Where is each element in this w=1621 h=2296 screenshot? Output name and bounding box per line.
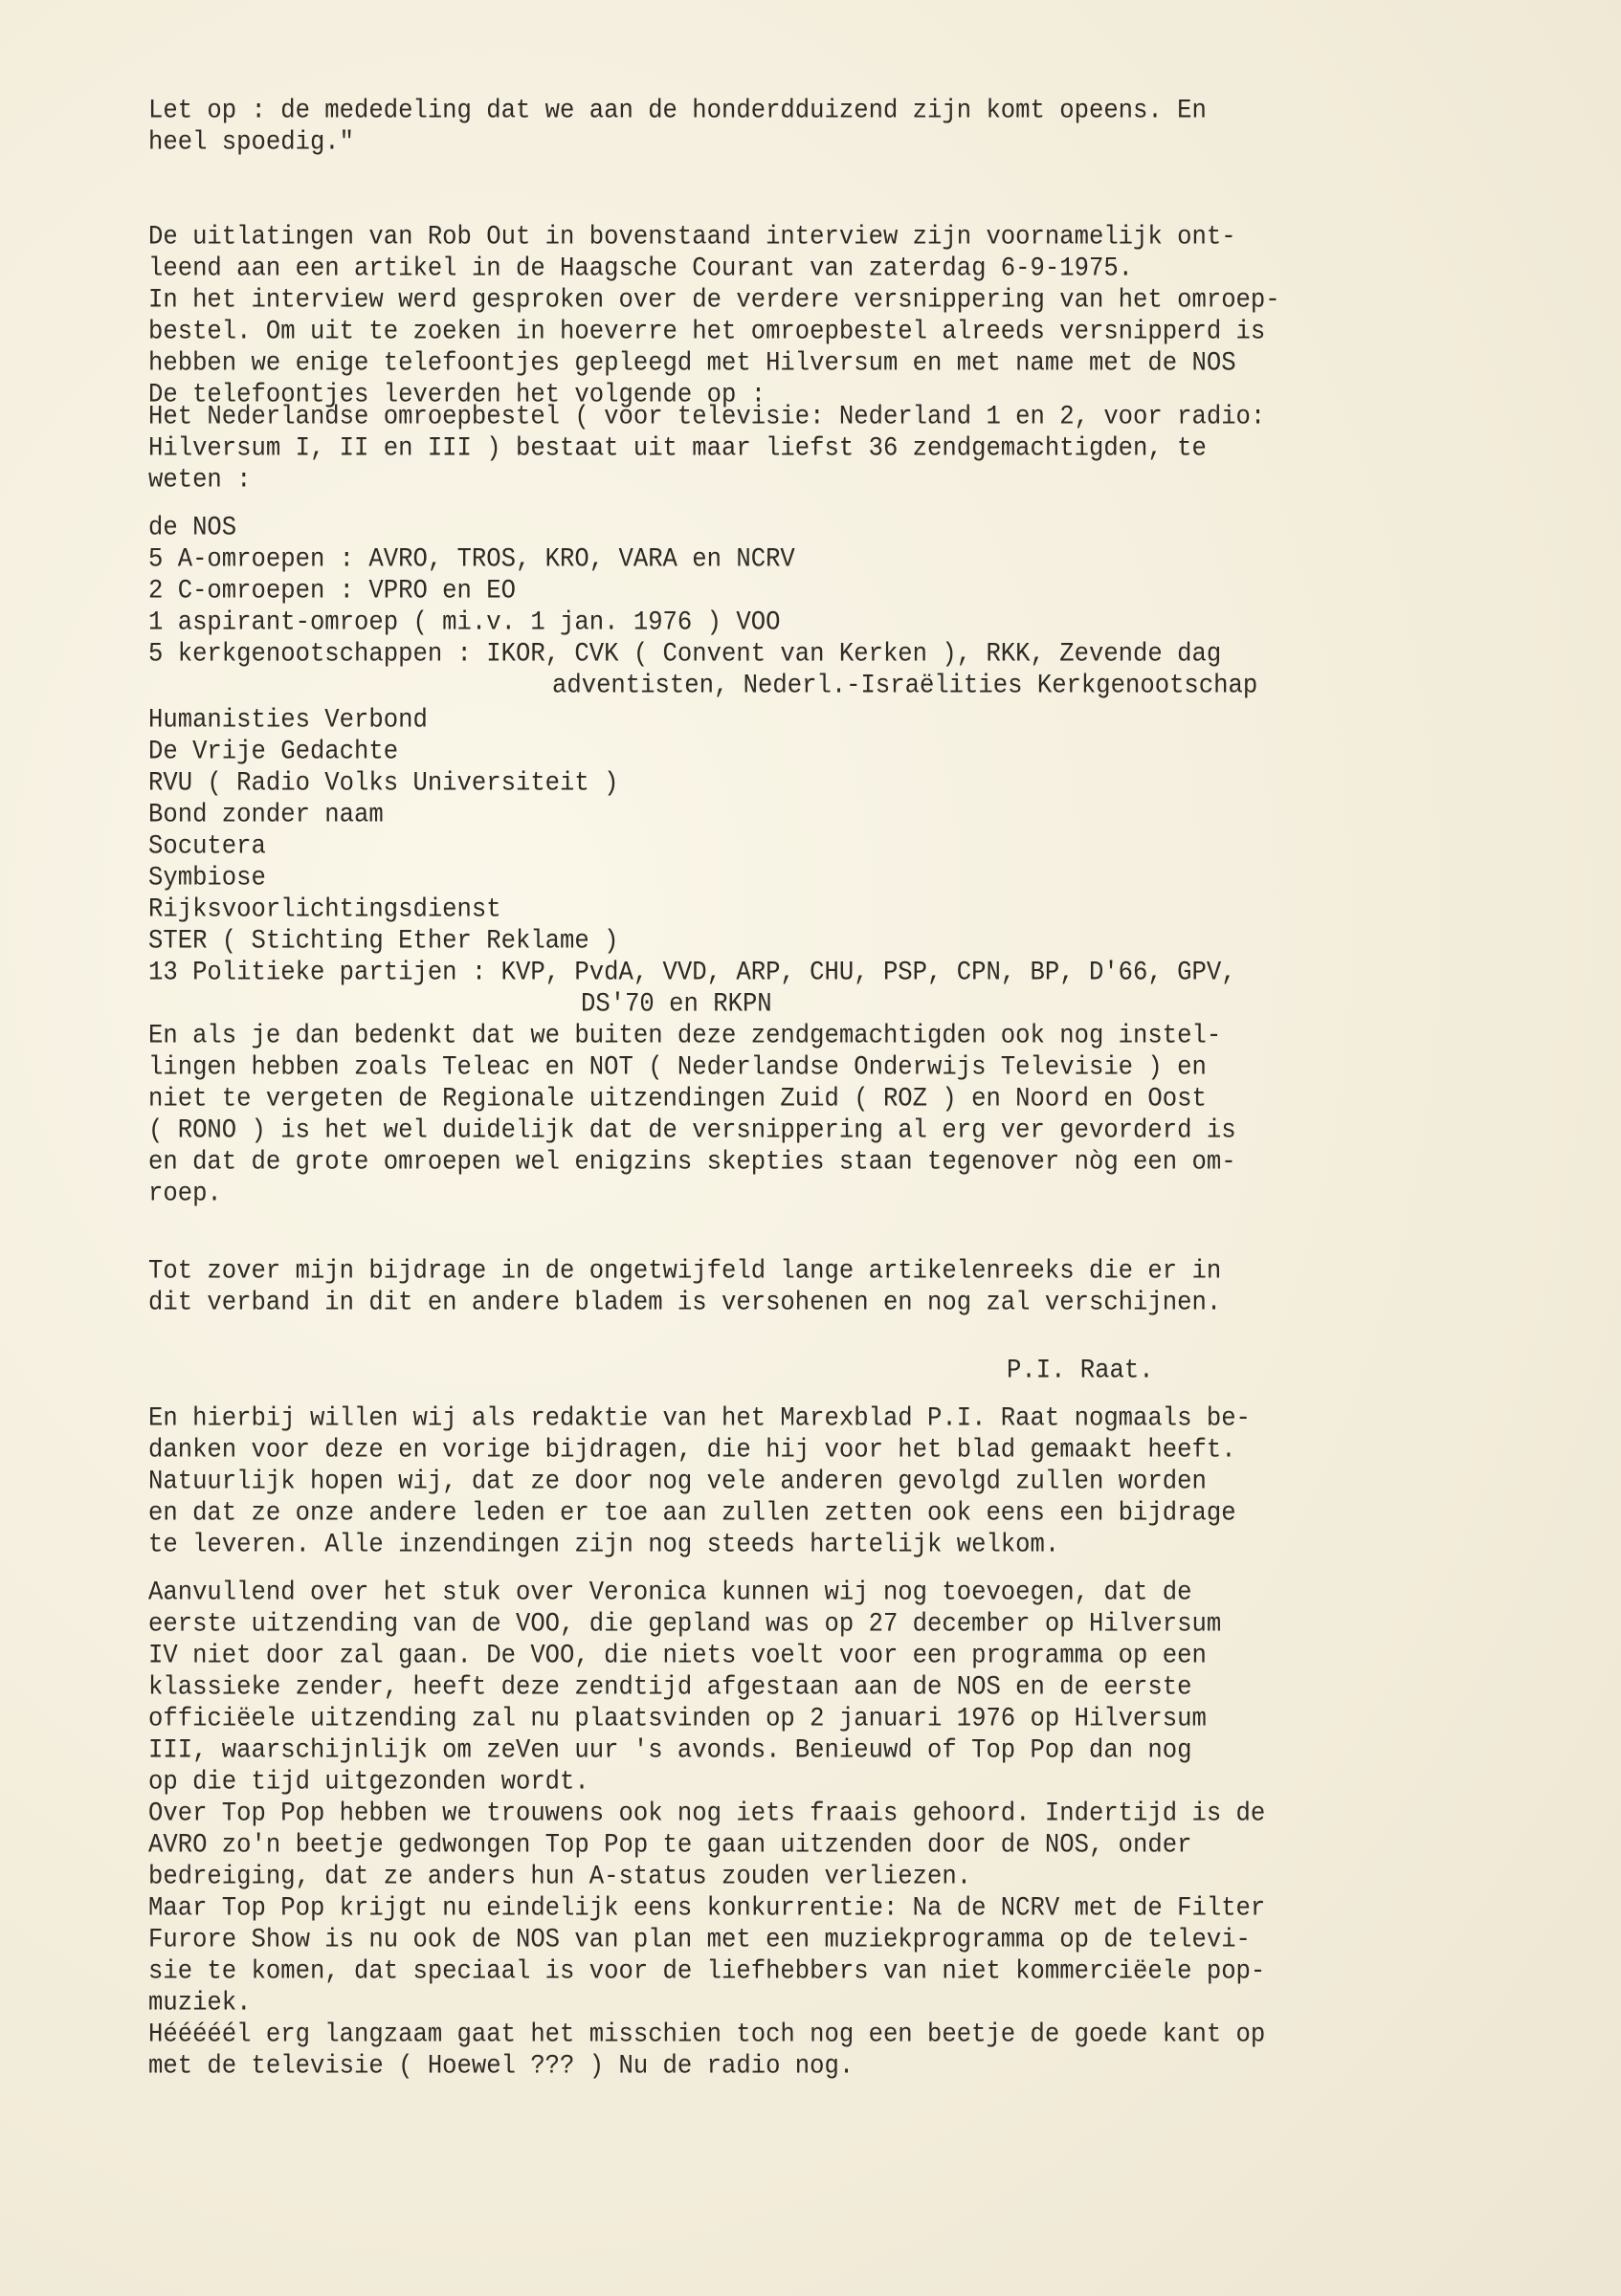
text-line: op die tijd uitgezonden wordt. <box>148 1767 589 1798</box>
text-line: Hééééél erg langzaam gaat het misschien … <box>148 2020 1265 2050</box>
text-line: Let op : de mededeling dat we aan de hon… <box>148 96 1207 126</box>
list-item: Humanisties Verbond <box>148 705 428 736</box>
list-item: De Vrije Gedachte <box>148 737 398 767</box>
text-line: weten : <box>148 465 252 496</box>
list-item: 13 Politieke partijen : KVP, PvdA, VVD, … <box>148 958 1236 988</box>
text-line: De uitlatingen van Rob Out in bovenstaan… <box>148 222 1236 253</box>
list-item: Symbiose <box>148 863 266 894</box>
text-line: hebben we enige telefoontjes gepleegd me… <box>148 348 1236 379</box>
text-line: IV niet door zal gaan. De VOO, die niets… <box>148 1641 1207 1671</box>
text-line: En hierbij willen wij als redaktie van h… <box>148 1403 1251 1434</box>
text-line: bedreiging, dat ze anders hun A-status z… <box>148 1862 971 1892</box>
text-line: officiëele uitzending zal nu plaatsvinde… <box>148 1704 1207 1734</box>
list-item: de NOS <box>148 513 236 543</box>
text-line: en dat de grote omroepen wel enigzins sk… <box>148 1147 1236 1178</box>
text-line: sie te komen, dat speciaal is voor de li… <box>148 1956 1265 1987</box>
author-signature: P.I. Raat. <box>1007 1356 1154 1386</box>
text-line: Het Nederlandse omroepbestel ( voor tele… <box>148 402 1265 432</box>
text-line: Natuurlijk hopen wij, dat ze door nog ve… <box>148 1467 1207 1497</box>
list-item: 5 kerkgenootschappen : IKOR, CVK ( Conve… <box>148 639 1221 670</box>
text-line: En als je dan bedenkt dat we buiten deze… <box>148 1021 1221 1051</box>
text-line: Maar Top Pop krijgt nu eindelijk eens ko… <box>148 1893 1265 1924</box>
list-item: Rijksvoorlichtingsdienst <box>148 894 501 925</box>
text-line: Over Top Pop hebben we trouwens ook nog … <box>148 1799 1265 1829</box>
text-line: heel spoedig." <box>148 127 354 158</box>
text-line: Hilversum I, II en III ) bestaat uit maa… <box>148 433 1207 464</box>
list-item: 2 C-omroepen : VPRO en EO <box>148 576 516 607</box>
text-line: te leveren. Alle inzendingen zijn nog st… <box>148 1530 1059 1560</box>
text-line: danken voor deze en vorige bijdragen, di… <box>148 1435 1236 1466</box>
text-line: III, waarschijnlijk om zeVen uur 's avon… <box>148 1735 1191 1766</box>
text-line: klassieke zender, heeft deze zendtijd af… <box>148 1672 1191 1703</box>
text-line: bestel. Om uit te zoeken in hoeverre het… <box>148 317 1265 347</box>
list-item-continuation: adventisten, Nederl.-Israëlities Kerkgen… <box>552 671 1257 701</box>
text-line: AVRO zo'n beetje gedwongen Top Pop te ga… <box>148 1830 1191 1861</box>
list-item: RVU ( Radio Volks Universiteit ) <box>148 768 618 799</box>
text-line: leend aan een artikel in de Haagsche Cou… <box>148 254 1133 284</box>
text-line: roep. <box>148 1179 222 1209</box>
typewritten-page: Let op : de mededeling dat we aan de hon… <box>0 0 1621 2296</box>
text-line: eerste uitzending van de VOO, die geplan… <box>148 1609 1221 1640</box>
list-item: 1 aspirant-omroep ( mi.v. 1 jan. 1976 ) … <box>148 607 780 638</box>
list-item: 5 A-omroepen : AVRO, TROS, KRO, VARA en … <box>148 544 795 575</box>
text-line: Furore Show is nu ook de NOS van plan me… <box>148 1925 1251 1955</box>
text-line: niet te vergeten de Regionale uitzending… <box>148 1084 1207 1115</box>
text-line: muziek. <box>148 1988 252 2019</box>
text-line: In het interview werd gesproken over de … <box>148 285 1280 316</box>
text-line: Aanvullend over het stuk over Veronica k… <box>148 1578 1191 1608</box>
list-item: Socutera <box>148 831 266 862</box>
text-line: met de televisie ( Hoewel ??? ) Nu de ra… <box>148 2051 854 2082</box>
list-item-continuation: DS'70 en RKPN <box>581 989 772 1020</box>
text-line: ( RONO ) is het wel duidelijk dat de ver… <box>148 1115 1236 1146</box>
text-line: dit verband in dit en andere bladem is v… <box>148 1288 1221 1318</box>
text-line: Tot zover mijn bijdrage in de ongetwijfe… <box>148 1256 1221 1287</box>
text-line: lingen hebben zoals Teleac en NOT ( Nede… <box>148 1052 1207 1083</box>
text-line: en dat ze onze andere leden er toe aan z… <box>148 1498 1236 1529</box>
list-item: STER ( Stichting Ether Reklame ) <box>148 926 618 957</box>
list-item: Bond zonder naam <box>148 800 384 830</box>
